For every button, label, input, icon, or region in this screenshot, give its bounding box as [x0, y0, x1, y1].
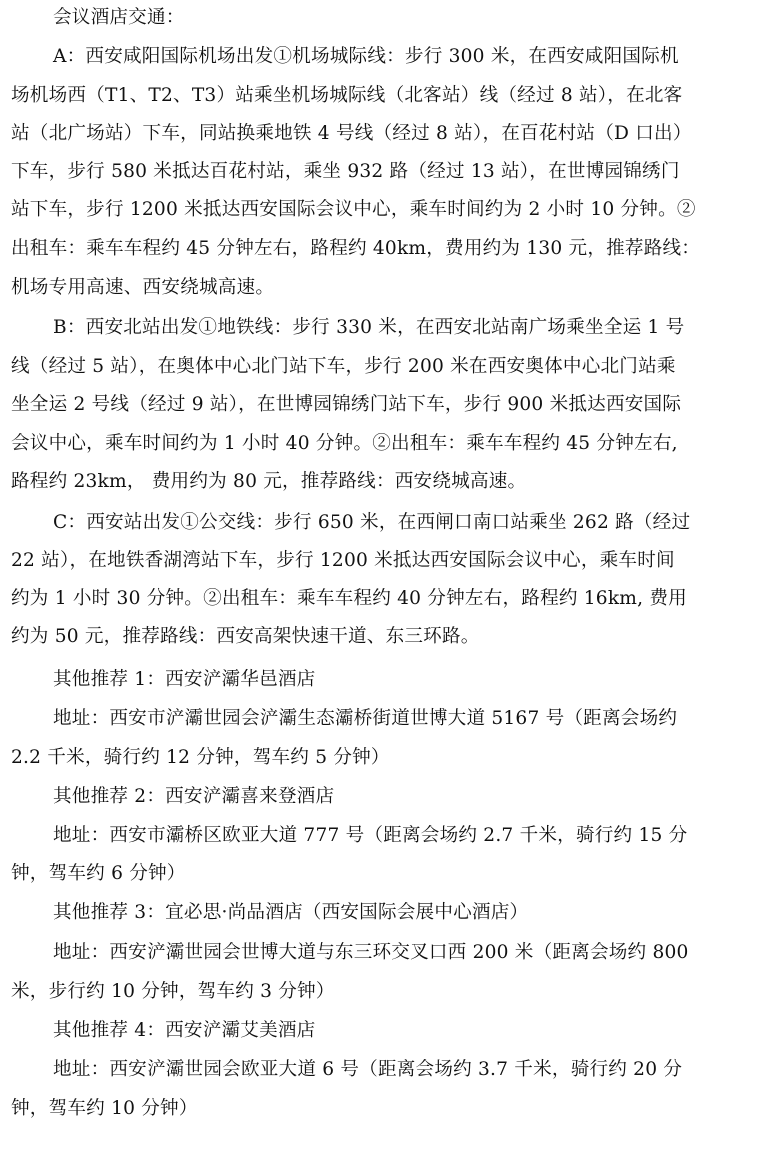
hotel-title: 其他推荐 2：西安浐灞喜来登酒店: [53, 785, 334, 809]
hotel-title: 其他推荐 3：宜必思·尚品酒店（西安国际会展中心酒店）: [53, 901, 528, 925]
hotel-address-line: 米，步行约 10 分钟，驾车约 3 分钟）: [11, 980, 335, 1004]
route-a-line: 场机场西（T1、T2、T3）站乘坐机场城际线（北客站）线（经过 8 站），在北客: [11, 84, 682, 108]
document-page: 会议酒店交通： A：西安咸阳国际机场出发①机场城际线：步行 300 米，在西安咸…: [0, 0, 768, 1171]
route-b-line: 坐全运 2 号线（经过 9 站），在世博园锦绣门站下车，步行 900 米抵达西安…: [11, 393, 681, 417]
route-c-line: 约为 1 小时 30 分钟。②出租车：乘车车程约 40 分钟左右，路程约 16k…: [11, 587, 687, 611]
route-a-line: A：西安咸阳国际机场出发①机场城际线：步行 300 米，在西安咸阳国际机: [53, 45, 679, 69]
hotel-address-line: 钟，驾车约 10 分钟）: [11, 1097, 198, 1121]
hotel-title: 其他推荐 4：西安浐灞艾美酒店: [53, 1019, 315, 1043]
hotel-address-line: 地址：西安市浐灞世园会浐灞生态灞桥街道世博大道 5167 号（距离会场约: [53, 707, 677, 731]
route-b-line: 会议中心，乘车时间约为 1 小时 40 分钟。②出租车：乘车车程约 45 分钟左…: [11, 432, 678, 456]
route-b-line: B：西安北站出发①地铁线：步行 330 米，在西安北站南广场乘坐全运 1 号: [53, 316, 684, 340]
route-a-line: 站下车，步行 1200 米抵达西安国际会议中心，乘车时间约为 2 小时 10 分…: [11, 198, 696, 222]
route-a-line: 机场专用高速、西安绕城高速。: [11, 276, 274, 300]
hotel-address-line: 2.2 千米，骑行约 12 分钟，驾车约 5 分钟）: [11, 746, 390, 770]
route-a-line: 站（北广场站）下车，同站换乘地铁 4 号线（经过 8 站），在百花村站（D 口出…: [11, 122, 692, 146]
route-b-line: 路程约 23km， 费用约为 80 元，推荐路线：西安绕城高速。: [11, 470, 526, 494]
hotel-address-line: 地址：西安市灞桥区欧亚大道 777 号（距离会场约 2.7 千米，骑行约 15 …: [53, 824, 687, 848]
route-c-line: 22 站），在地铁香湖湾站下车，步行 1200 米抵达西安国际会议中心，乘车时间: [11, 549, 675, 573]
section-heading: 会议酒店交通：: [53, 6, 185, 30]
route-a-line: 下车，步行 580 米抵达百花村站，乘坐 932 路（经过 13 站），在世博园…: [11, 160, 680, 184]
hotel-address-line: 地址：西安浐灞世园会世博大道与东三环交叉口西 200 米（距离会场约 800: [53, 941, 689, 965]
route-c-line: 约为 50 元，推荐路线：西安高架快速干道、东三环路。: [11, 625, 480, 649]
route-c-line: C：西安站出发①公交线：步行 650 米，在西闸口南口站乘坐 262 路（经过: [53, 511, 690, 535]
route-a-line: 出租车：乘车车程约 45 分钟左右，路程约 40km，费用约为 130 元，推荐…: [11, 237, 700, 261]
hotel-title: 其他推荐 1：西安浐灞华邑酒店: [53, 668, 315, 692]
route-b-line: 线（经过 5 站），在奥体中心北门站下车，步行 200 米在西安奥体中心北门站乘: [11, 355, 676, 379]
hotel-address-line: 钟，驾车约 6 分钟）: [11, 862, 186, 886]
hotel-address-line: 地址：西安浐灞世园会欧亚大道 6 号（距离会场约 3.7 千米，骑行约 20 分: [53, 1058, 682, 1082]
